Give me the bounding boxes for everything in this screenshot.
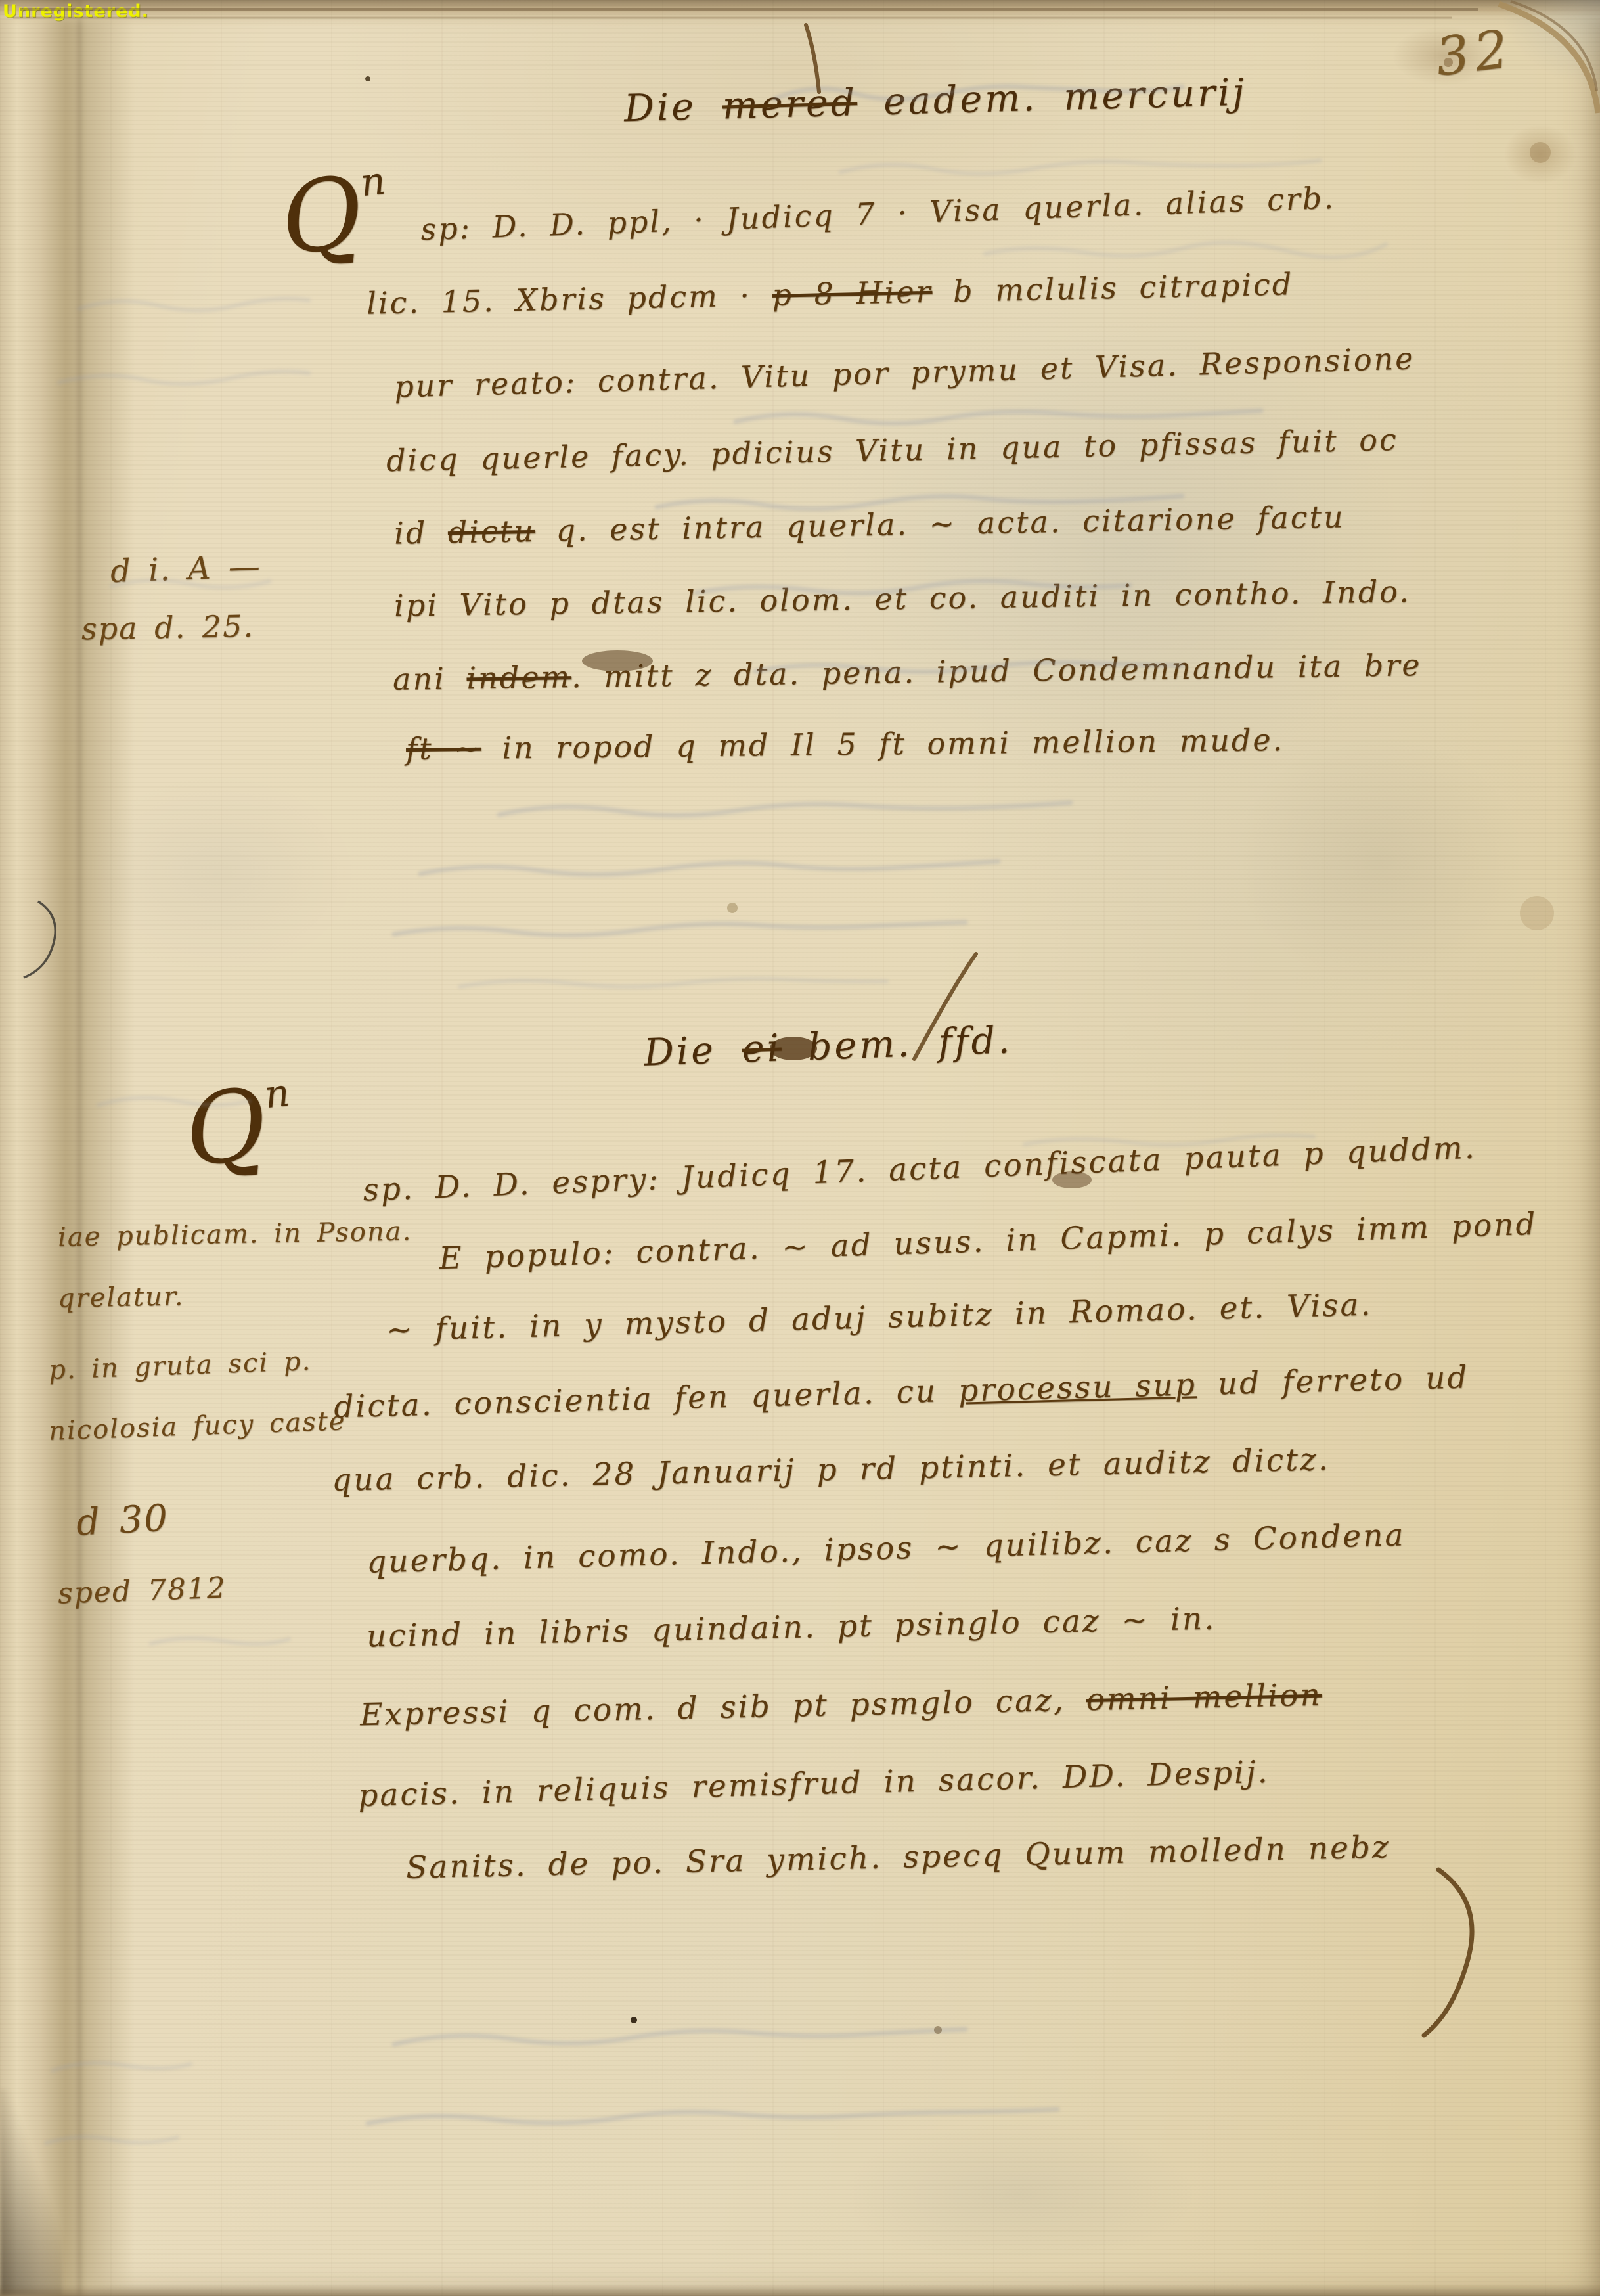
manuscript-line: ~ fuit. in y mysto d aduj subitz in Roma… [386,1286,1373,1348]
line-segment: . mitt z dta. pena. ipud Condemnandu ita… [571,647,1422,694]
manuscript-line: dicta. conscientia fen querla. cu proces… [334,1359,1470,1425]
entry1-margin-note-line: d i. A — [110,548,262,590]
manuscript-line: dicq querle facy. pdicius Vitu in qua to… [386,422,1399,478]
manuscript-line: sp: D. D. ppl, · Judicq 7 · Visa querla.… [420,180,1335,248]
heading-struck-word: mered [722,81,858,127]
manuscript-page: Unregistered. 32 Die mered eadem. mercur… [0,0,1600,2296]
stain [841,2122,1195,2266]
manuscript-line: pacis. in reliquis remisfrud in sacor. D… [358,1754,1270,1814]
entry1-paragraph-initial: Qn [277,160,395,270]
manuscript-line: id dictu q. est intra querla. ~ acta. ci… [394,499,1345,551]
scanner-watermark: Unregistered. [3,1,149,22]
entry2-margin-note-line: iae publicam. in Psona. [58,1216,412,1252]
entry2-margin-note-line: p. in gruta sci p. [48,1346,312,1385]
stain [1504,125,1576,184]
line-underlined-segment: processu sup [958,1366,1197,1408]
line-segment: in ropod q md Il 5 ft omni mellion mude. [481,722,1284,766]
initial-superscript: n [359,158,389,205]
line-segment: q. est intra querla. ~ acta. citarione f… [535,499,1345,549]
manuscript-line: Sanits. de po. Sra ymich. specq Quum mol… [406,1829,1391,1885]
entry2-margin-note-line: nicolosia fucy caste [48,1406,346,1447]
entry2-paragraph-initial: Qn [181,1072,300,1182]
manuscript-line: ucind in libris quindain. pt psinglo caz… [367,1600,1216,1654]
line-struck-segment: dictu [447,513,535,550]
manuscript-line: ani indem. mitt z dta. pena. ipud Condem… [393,647,1422,697]
entry2-margin-note-line: sped 7812 [57,1571,227,1611]
line-segment: ani [393,660,467,697]
heading-segment: Die [623,85,696,131]
heading-struck-word: ei [742,1026,782,1071]
gutter-crease [78,0,84,2296]
line-segment: lic. 15. Xbris pdcm · [367,277,772,321]
entry1-margin-note-line: spa d. 25. [81,608,255,647]
line-segment: id [394,514,449,551]
book-top-edge [0,0,1600,26]
stain [1235,736,1524,985]
heading-segment: eadem. mercurij [883,71,1247,124]
entry2-heading: Die ei bem. ffd. [643,1018,1013,1075]
initial-superscript: n [263,1069,294,1117]
manuscript-line: sp. D. D. espry: Judicq 17. acta confisc… [363,1129,1477,1208]
bottom-left-edge-shadow [0,2089,62,2296]
heading-segment: Die [643,1029,717,1075]
stray-fiber [24,901,55,978]
line-struck-segment: omni mellion [1086,1677,1322,1719]
manuscript-line: Expressi q com. d sib pt psmglo caz, omn… [360,1677,1323,1734]
manuscript-line: querbq. in como. Indo., ipsos ~ quilibz.… [367,1517,1406,1580]
line-segment: dicta. conscientia fen querla. cu [334,1373,959,1426]
line-segment: Expressi q com. d sib pt psmglo caz, [360,1682,1087,1733]
folio-number: 32 [1433,18,1517,88]
bottom-edge-shadow [0,2285,1600,2296]
line-struck-segment: indem [466,659,571,696]
initial-letter: Q [275,155,369,277]
line-segment: b mclulis citrapicd [932,266,1294,309]
entry1-heading: Die mered eadem. mercurij [623,71,1247,131]
manuscript-line: ipi Vito p dtas lic. olom. et co. auditi… [394,574,1411,623]
manuscript-line: pur reato: contra. Vitu por prymu et Vis… [394,340,1415,404]
manuscript-line: lic. 15. Xbris pdcm · p 8 Hier b mclulis… [367,266,1294,321]
line-segment: ud ferreto ud [1196,1359,1469,1403]
initial-letter: Q [179,1067,273,1189]
stain [79,775,355,972]
entry2-margin-note-line: d 30 [75,1497,169,1544]
heading-segment: bem. ffd. [807,1018,1013,1069]
manuscript-line: ft ~ in ropod q md Il 5 ft omni mellion … [406,722,1285,767]
manuscript-line: qua crb. dic. 28 Januarij p rd ptinti. e… [332,1441,1331,1498]
line-struck-segment: p 8 Hier [772,274,933,313]
line-struck-segment: ft ~ [406,731,481,767]
manuscript-line: E populo: contra. ~ ad usus. in Capmi. p… [439,1206,1538,1277]
binding-gutter-shadow [0,0,138,2296]
entry2-margin-note-line: qrelatur. [58,1281,185,1313]
